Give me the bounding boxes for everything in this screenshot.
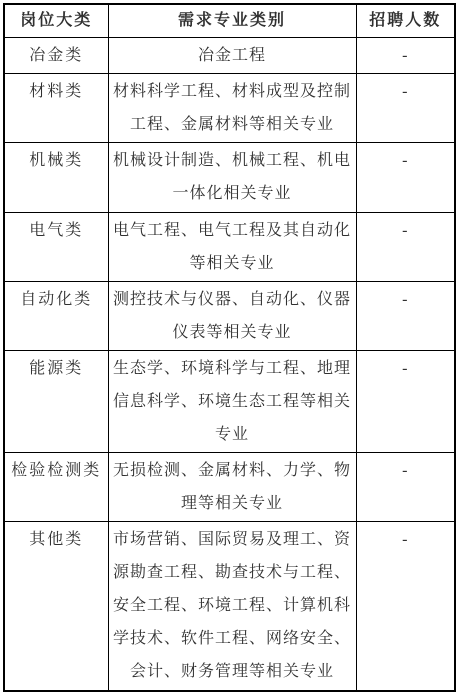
cell-count: - [356,74,455,143]
major-line: 学技术、软件工程、网络安全、 [113,622,352,655]
major-line: 理等相关专业 [113,487,352,520]
header-job-category: 岗位大类 [4,4,108,38]
table-row-metallurgy: 冶金类 冶金工程 - [4,38,455,74]
header-headcount: 招聘人数 [356,4,455,38]
table-row-mechanical: 机械类 机械设计制造、机械工程、机电 一体化相关专业 - [4,143,455,213]
cell-majors: 电气工程、电气工程及其自动化 等相关专业 [108,213,356,282]
major-line: 无损检测、金属材料、力学、物 [113,454,352,487]
cell-category: 材料类 [4,74,108,143]
cell-category: 自动化类 [4,282,108,351]
major-line: 一体化相关专业 [113,177,352,210]
major-line: 源勘查工程、勘查技术与工程、 [113,556,352,589]
major-line: 市场营销、国际贸易及理工、资 [113,523,352,556]
page: 岗位大类 需求专业类别 招聘人数 冶金类 冶金工程 - 材料类 材料科学工程、材… [0,0,458,692]
cell-category: 电气类 [4,213,108,282]
table-row-electrical: 电气类 电气工程、电气工程及其自动化 等相关专业 - [4,213,455,282]
cell-count: - [356,282,455,351]
cell-category: 其他类 [4,522,108,691]
major-line: 电气工程、电气工程及其自动化 [113,214,352,247]
header-row: 岗位大类 需求专业类别 招聘人数 [4,4,455,38]
major-line: 等相关专业 [113,247,352,280]
cell-majors: 冶金工程 [108,38,356,74]
major-line: 会计、财务管理等相关专业 [113,655,352,688]
major-line: 仪表等相关专业 [113,316,352,349]
cell-count: - [356,522,455,691]
cell-count: - [356,453,455,522]
table-row-automation: 自动化类 测控技术与仪器、自动化、仪器 仪表等相关专业 - [4,282,455,351]
cell-category: 冶金类 [4,38,108,74]
recruitment-table: 岗位大类 需求专业类别 招聘人数 冶金类 冶金工程 - 材料类 材料科学工程、材… [3,3,456,692]
cell-category: 能源类 [4,351,108,453]
cell-majors: 材料科学工程、材料成型及控制 工程、金属材料等相关专业 [108,74,356,143]
major-line: 生态学、环境科学与工程、地理 [113,352,352,385]
table-row-materials: 材料类 材料科学工程、材料成型及控制 工程、金属材料等相关专业 - [4,74,455,143]
major-line: 测控技术与仪器、自动化、仪器 [113,283,352,316]
table-row-inspection: 检验检测类 无损检测、金属材料、力学、物 理等相关专业 - [4,453,455,522]
cell-majors: 无损检测、金属材料、力学、物 理等相关专业 [108,453,356,522]
cell-category: 检验检测类 [4,453,108,522]
cell-count: - [356,213,455,282]
table-row-other: 其他类 市场营销、国际贸易及理工、资 源勘查工程、勘查技术与工程、 安全工程、环… [4,522,455,691]
major-line: 安全工程、环境工程、计算机科 [113,589,352,622]
major-line: 专业 [113,418,352,451]
cell-count: - [356,38,455,74]
major-line: 材料科学工程、材料成型及控制 [113,75,352,108]
cell-majors: 市场营销、国际贸易及理工、资 源勘查工程、勘查技术与工程、 安全工程、环境工程、… [108,522,356,691]
major-line: 信息科学、环境生态工程等相关 [113,385,352,418]
table-header: 岗位大类 需求专业类别 招聘人数 [4,4,455,38]
cell-category: 机械类 [4,143,108,213]
table-row-energy: 能源类 生态学、环境科学与工程、地理 信息科学、环境生态工程等相关 专业 - [4,351,455,453]
cell-count: - [356,351,455,453]
cell-majors: 生态学、环境科学与工程、地理 信息科学、环境生态工程等相关 专业 [108,351,356,453]
major-line: 工程、金属材料等相关专业 [113,108,352,141]
table-body: 冶金类 冶金工程 - 材料类 材料科学工程、材料成型及控制 工程、金属材料等相关… [4,38,455,691]
cell-majors: 测控技术与仪器、自动化、仪器 仪表等相关专业 [108,282,356,351]
major-line: 机械设计制造、机械工程、机电 [113,144,352,177]
cell-majors: 机械设计制造、机械工程、机电 一体化相关专业 [108,143,356,213]
header-required-major: 需求专业类别 [108,4,356,38]
major-line: 冶金工程 [113,39,352,72]
cell-count: - [356,143,455,213]
